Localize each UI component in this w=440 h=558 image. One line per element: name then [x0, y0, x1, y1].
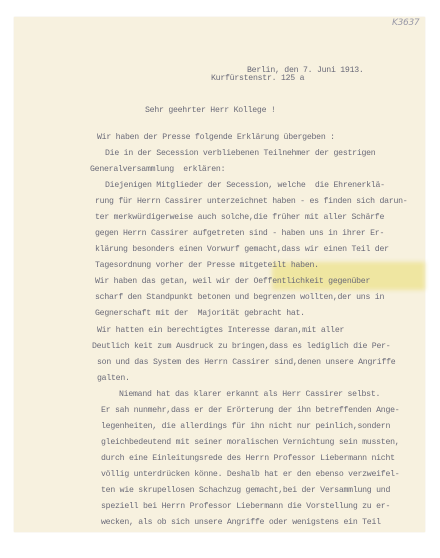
- body-line: rung für Herrn Cassirer unterzeichnet ha…: [95, 197, 407, 206]
- body-line: son und das System des Herrn Cassirer si…: [97, 358, 395, 367]
- body-line: Er sah nunmehr,dass er der Erörterung de…: [101, 406, 399, 415]
- body-line: Gegnerschaft mit der Majorität gebracht …: [95, 309, 305, 318]
- body-line: Generalversammlung erklären:: [90, 165, 225, 174]
- body-line: speziell bei Herrn Professor Liebermann …: [101, 502, 390, 511]
- body-line: klärung besonders einen Vorwurf gemacht,…: [95, 245, 389, 254]
- body-line: Tagesordnung vorher der Presse mitgeteil…: [95, 261, 319, 270]
- body-line: völlig unterdrücken könne. Deshalb hat e…: [101, 470, 399, 479]
- body-line: Niemand hat das klarer erkannt als Herr …: [119, 390, 380, 399]
- body-line: Deutlich keit zum Ausdruck zu bringen,da…: [92, 342, 390, 351]
- body-line: wecken, als ob sich unsere Angriffe oder…: [101, 518, 381, 527]
- body-line: galten.: [97, 374, 130, 383]
- sender-address: Kurfürstenstr. 125 a: [211, 74, 304, 83]
- body-line: Die in der Secession verbliebenen Teilne…: [105, 149, 375, 158]
- body-line: gleichbedeutend mit seiner moralischen V…: [101, 438, 399, 447]
- body-line: ten wie skrupellosen Schachzug gemacht,b…: [101, 486, 390, 495]
- salutation: Sehr geehrter Herr Kollege !: [145, 106, 276, 115]
- body-line: Wir haben das getan, weil wir der Oeffen…: [95, 277, 370, 286]
- body-line: durch eine Einleitungsrede des Herrn Pro…: [101, 454, 395, 463]
- body-line: legenheiten, die allerdings für ihn nich…: [101, 422, 390, 431]
- body-line: Wir hatten ein berechtigtes Interesse da…: [97, 326, 344, 335]
- body-line: ter merkwürdigerweise auch solche,die fr…: [95, 213, 384, 222]
- body-line: gegen Herrn Cassirer aufgetreten sind - …: [95, 229, 384, 238]
- body-line: Wir haben der Presse folgende Erklärung …: [97, 133, 335, 142]
- body-line: Diejenigen Mitglieder der Secession, wel…: [105, 181, 385, 190]
- body-line: scharf den Standpunkt betonen und begren…: [95, 293, 384, 302]
- archive-number: K3637: [392, 18, 419, 28]
